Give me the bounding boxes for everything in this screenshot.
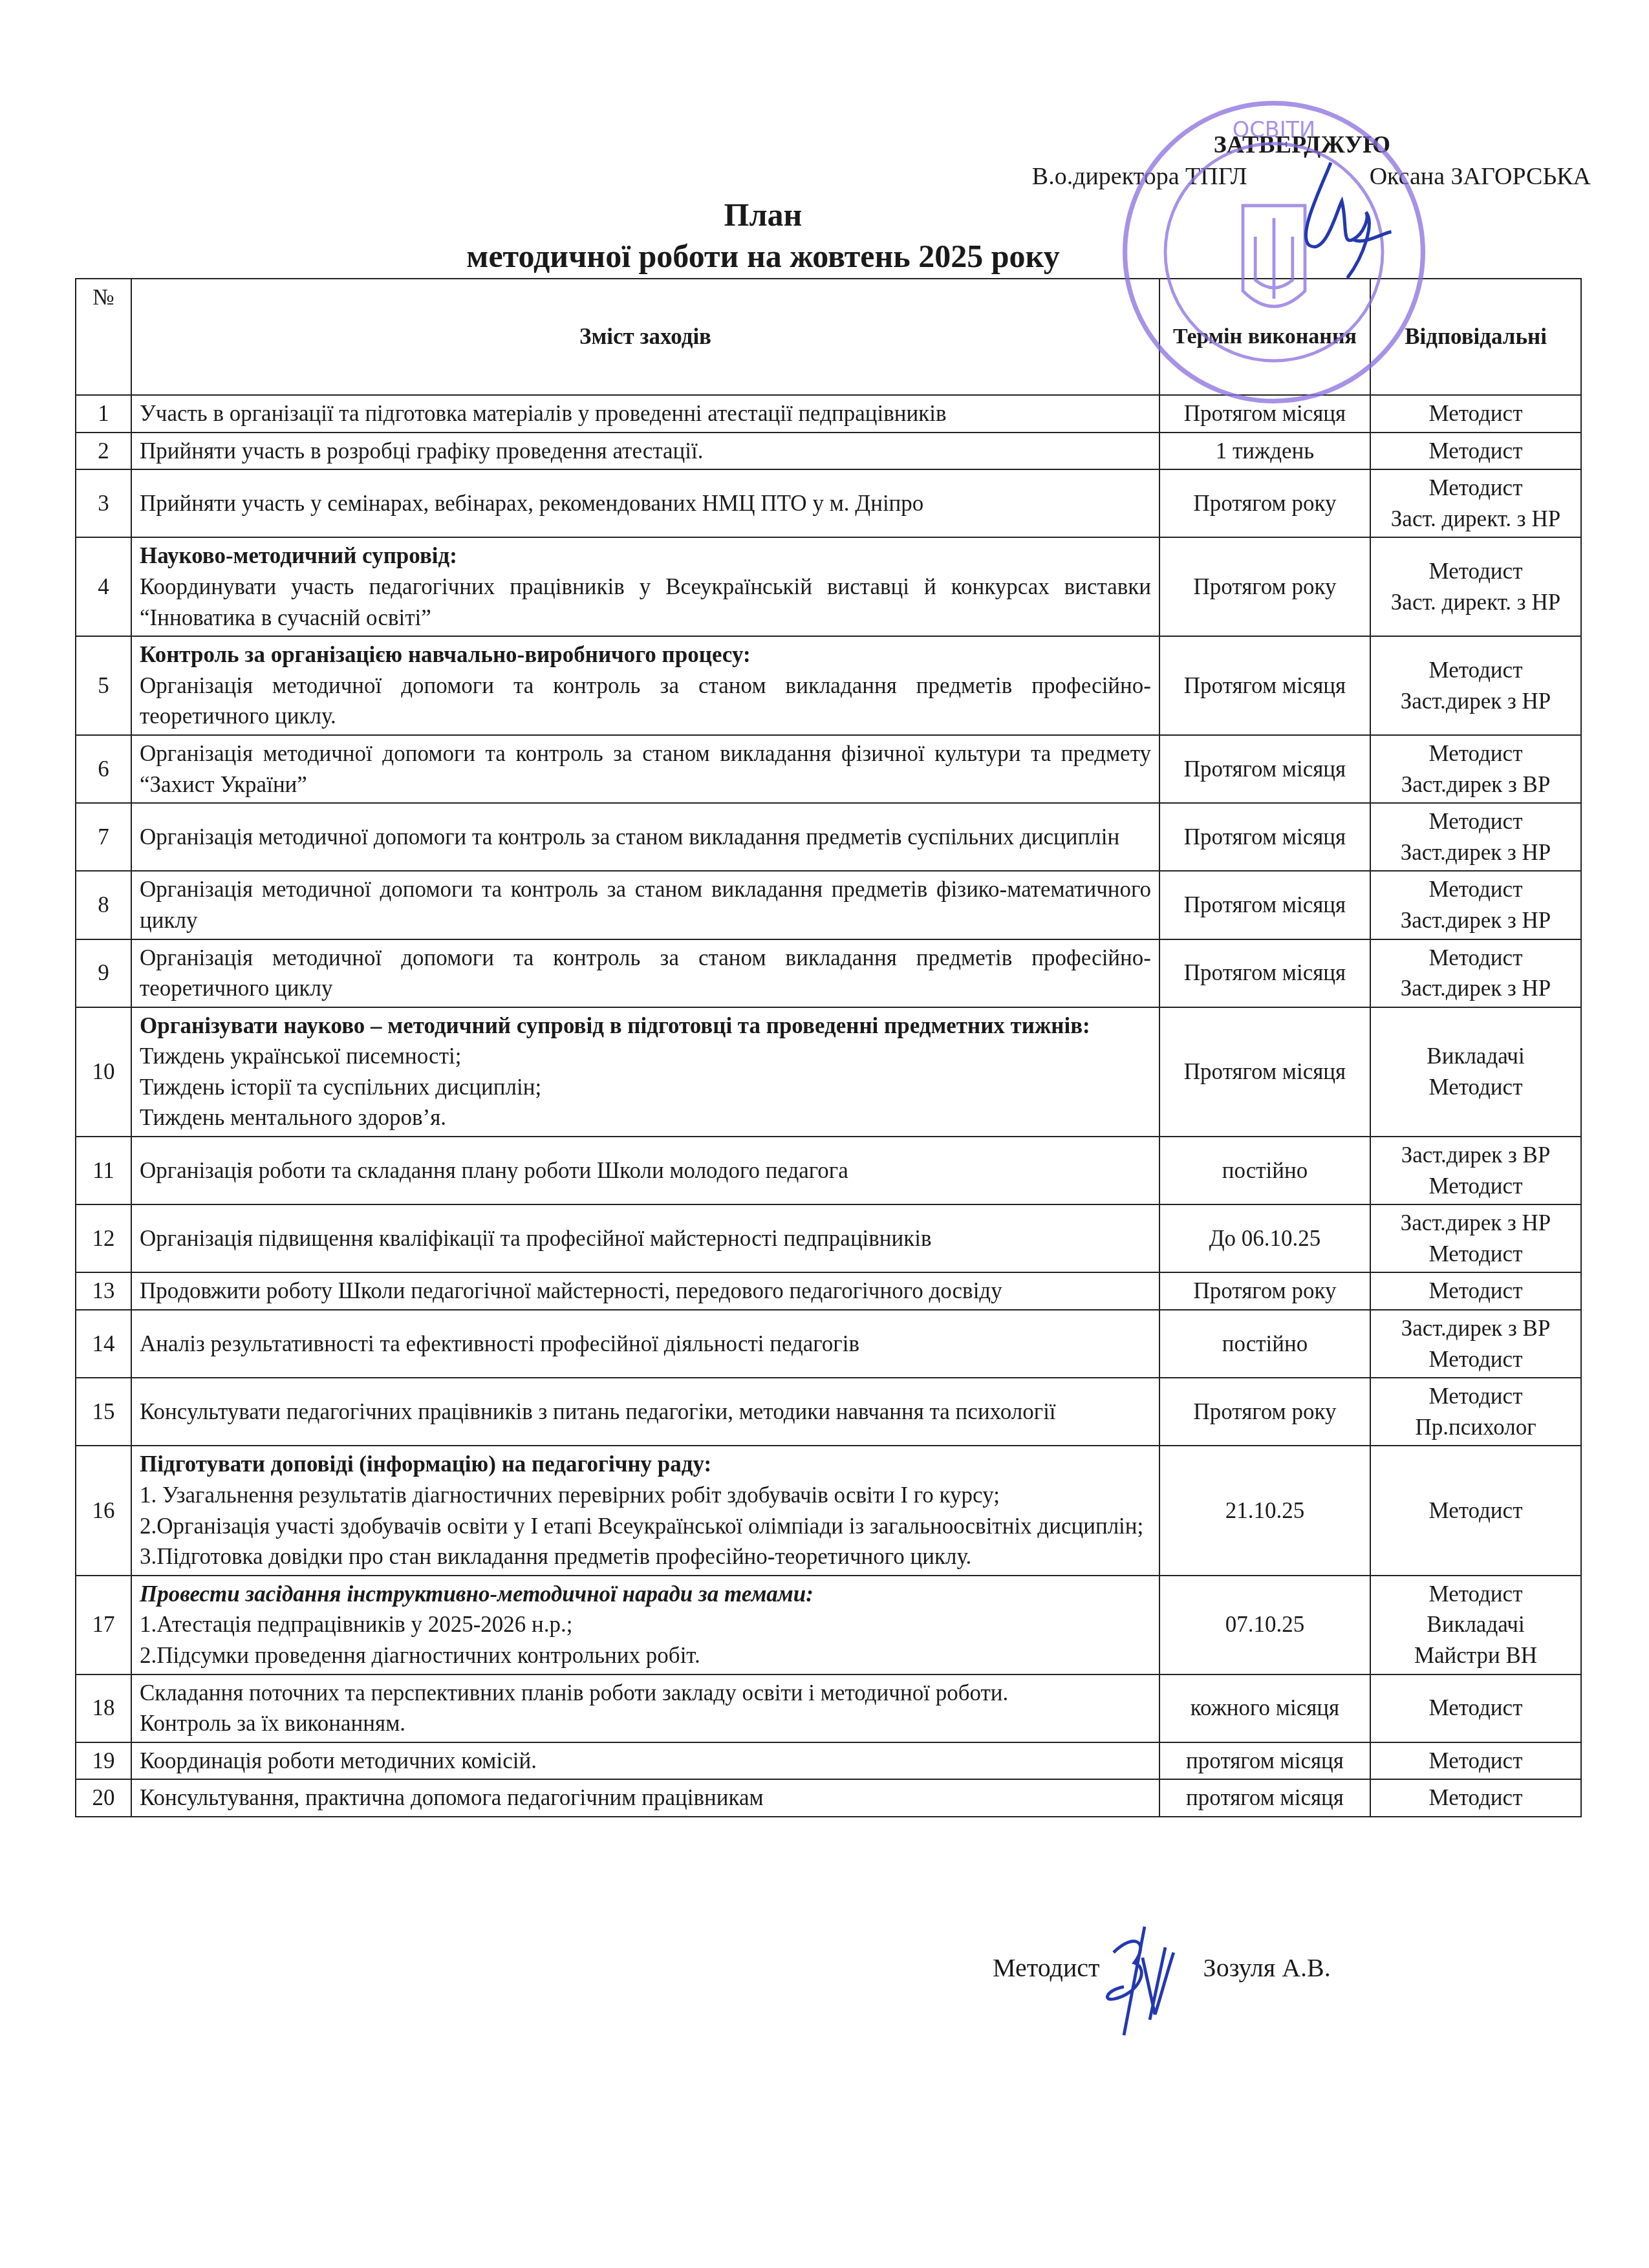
row-content: Консультування, практична допомога педаг… [131, 1779, 1159, 1817]
row-responsible: МетодистЗаст.дирек з ВР [1370, 735, 1581, 803]
table-body: 1Участь в організації та підготовка мате… [76, 395, 1581, 1817]
responsible-person: Методист [1379, 655, 1573, 686]
row-number: 8 [76, 871, 131, 939]
responsible-person: Методист [1379, 1276, 1573, 1307]
row-term: Протягом місяця [1159, 803, 1370, 871]
row-responsible: Методист [1370, 1742, 1581, 1780]
responsible-person: Методист [1379, 1239, 1573, 1270]
row-text-line: Консультувати педагогічних працівників з… [140, 1396, 1151, 1428]
approval-block: ЗАТВЕРДЖУЮ В.о.директора ТПГЛ Оксана ЗАГ… [1032, 129, 1591, 193]
row-number: 11 [76, 1137, 131, 1204]
row-number: 17 [76, 1576, 131, 1674]
row-text-line: 2.Підсумки проведення діагностичних конт… [140, 1640, 1151, 1671]
row-number: 13 [76, 1272, 131, 1310]
table-row: 19Координація роботи методичних комісій.… [76, 1742, 1581, 1780]
responsible-person: Методист [1379, 1579, 1573, 1610]
row-content: Провести засідання інструктивно-методичн… [131, 1576, 1159, 1674]
row-term: Протягом місяця [1159, 735, 1370, 803]
row-text-line: Організація роботи та складання плану ро… [140, 1155, 1151, 1186]
row-text-line: Прийняти участь у семінарах, вебінарах, … [140, 488, 1151, 519]
row-responsible: Методист [1370, 1272, 1581, 1310]
row-term: постійно [1159, 1310, 1370, 1378]
table-row: 17Провести засідання інструктивно-методи… [76, 1576, 1581, 1674]
responsible-person: Пр.психолог [1379, 1412, 1573, 1443]
approver-name: Оксана ЗАГОРСЬКА [1370, 161, 1591, 193]
row-text-line: Аналіз результативності та ефективності … [140, 1329, 1151, 1360]
table-row: 2Прийняти участь в розробці графіку пров… [76, 433, 1581, 470]
responsible-person: Заст.дирек з ВР [1379, 1140, 1573, 1171]
responsible-person: Методист [1379, 398, 1573, 429]
row-text-line: Участь в організації та підготовка матер… [140, 398, 1151, 429]
row-content: Консультувати педагогічних працівників з… [131, 1378, 1159, 1446]
row-term: Протягом місяця [1159, 871, 1370, 939]
row-term: До 06.10.25 [1159, 1204, 1370, 1272]
row-text-line: Координація роботи методичних комісій. [140, 1746, 1151, 1777]
row-content: Організація методичної допомоги та контр… [131, 871, 1159, 939]
row-text-line: Організація методичної допомоги та контр… [140, 874, 1151, 936]
footer-position: Методист [993, 1953, 1100, 1982]
table-row: 18Складання поточних та перспективних пл… [76, 1674, 1581, 1742]
approver-position: В.о.директора ТПГЛ [1032, 161, 1247, 193]
row-number: 6 [76, 735, 131, 803]
row-number: 20 [76, 1779, 131, 1817]
row-text-line: Прийняти участь в розробці графіку прове… [140, 436, 1151, 467]
table-row: 3Прийняти участь у семінарах, вебінарах,… [76, 469, 1581, 537]
row-term: кожного місяця [1159, 1674, 1370, 1742]
row-text-line: Організація методичної допомоги та контр… [140, 943, 1151, 1004]
row-content: Організація методичної допомоги та контр… [131, 939, 1159, 1007]
row-content: Прийняти участь в розробці графіку прове… [131, 433, 1159, 470]
row-text-line: Продовжити роботу Школи педагогічної май… [140, 1276, 1151, 1307]
row-content: Організація методичної допомоги та контр… [131, 735, 1159, 803]
header-content: Зміст заходів [131, 279, 1159, 395]
row-responsible: МетодистПр.психолог [1370, 1378, 1581, 1446]
table-row: 13Продовжити роботу Школи педагогічної м… [76, 1272, 1581, 1310]
row-number: 10 [76, 1007, 131, 1137]
row-heading: Контроль за організацією навчально-вироб… [140, 639, 1151, 670]
row-responsible: МетодистВикладачіМайстри ВН [1370, 1576, 1581, 1674]
row-responsible: МетодистЗаст. директ. з НР [1370, 469, 1581, 537]
table-row: 4Науково-методичний супровід:Координуват… [76, 537, 1581, 636]
responsible-person: Заст.дирек з ВР [1379, 769, 1573, 800]
responsible-person: Методист [1379, 1746, 1573, 1777]
row-text-line: Складання поточних та перспективних план… [140, 1678, 1151, 1709]
document-title: План методичної роботи на жовтень 2025 р… [0, 194, 1526, 277]
row-responsible: МетодистЗаст.дирек з НР [1370, 636, 1581, 735]
responsible-person: Заст.дирек з НР [1379, 905, 1573, 936]
row-heading: Науково-методичний супровід: [140, 540, 1151, 572]
table-row: 6Організація методичної допомоги та конт… [76, 735, 1581, 803]
row-term: Протягом місяця [1159, 636, 1370, 735]
row-heading: Підготувати доповіді (інформацію) на пед… [140, 1449, 1151, 1480]
row-responsible: ВикладачіМетодист [1370, 1007, 1581, 1137]
table-row: 16Підготувати доповіді (інформацію) на п… [76, 1446, 1581, 1575]
row-number: 19 [76, 1742, 131, 1780]
responsible-person: Методист [1379, 806, 1573, 837]
row-term: постійно [1159, 1137, 1370, 1204]
row-text-line: Координувати участь педагогічних працівн… [140, 572, 1151, 633]
row-heading: Організувати науково – методичний супров… [140, 1011, 1151, 1042]
row-responsible: Заст.дирек з ВРМетодист [1370, 1137, 1581, 1204]
table-row: 8Організація методичної допомоги та конт… [76, 871, 1581, 939]
row-term: Протягом місяця [1159, 939, 1370, 1007]
header-responsible: Відповідальні [1370, 279, 1581, 395]
row-text-line: 1. Узагальнення результатів діагностични… [140, 1480, 1151, 1511]
responsible-person: Викладачі [1379, 1041, 1573, 1072]
title-line-2: методичної роботи на жовтень 2025 року [0, 235, 1526, 277]
row-term: 07.10.25 [1159, 1576, 1370, 1674]
responsible-person: Заст.дирек з НР [1379, 973, 1573, 1004]
responsible-person: Заст. директ. з НР [1379, 504, 1573, 535]
row-number: 12 [76, 1204, 131, 1272]
responsible-person: Викладачі [1379, 1609, 1573, 1640]
responsible-person: Заст. директ. з НР [1379, 587, 1573, 618]
table-row: 7Організація методичної допомоги та конт… [76, 803, 1581, 871]
responsible-person: Методист [1379, 1344, 1573, 1375]
row-text-line: 1.Атестація педпрацівників у 2025-2026 н… [140, 1609, 1151, 1640]
row-text-line: Організація методичної допомоги та контр… [140, 822, 1151, 853]
row-text-line: Консультування, практична допомога педаг… [140, 1782, 1151, 1813]
responsible-person: Заст.дирек з НР [1379, 686, 1573, 717]
responsible-person: Методист [1379, 436, 1573, 467]
footer-name: Зозуля А.В. [1203, 1953, 1331, 1982]
row-text-line: Контроль за їх виконанням. [140, 1708, 1151, 1739]
row-responsible: Методист [1370, 395, 1581, 433]
row-term: Протягом місяця [1159, 1007, 1370, 1137]
row-responsible: МетодистЗаст.дирек з НР [1370, 871, 1581, 939]
row-content: Координація роботи методичних комісій. [131, 1742, 1159, 1780]
row-responsible: МетодистЗаст.дирек з НР [1370, 803, 1581, 871]
table-header-row: № Зміст заходів Термін виконання Відпові… [76, 279, 1581, 395]
row-content: Підготувати доповіді (інформацію) на пед… [131, 1446, 1159, 1575]
row-content: Складання поточних та перспективних план… [131, 1674, 1159, 1742]
responsible-person: Методист [1379, 1381, 1573, 1412]
row-text-line: Тиждень української писемності; [140, 1041, 1151, 1072]
responsible-person: Методист [1379, 1495, 1573, 1526]
row-responsible: Заст.дирек з НРМетодист [1370, 1204, 1581, 1272]
responsible-person: Заст.дирек з ВР [1379, 1313, 1573, 1344]
row-text-line: Організація підвищення кваліфікації та п… [140, 1223, 1151, 1254]
row-text-line: Тиждень ментального здоров’я. [140, 1102, 1151, 1133]
table-row: 9Організація методичної допомоги та конт… [76, 939, 1581, 1007]
row-text-line: Організація методичної допомоги та контр… [140, 738, 1151, 800]
table-row: 14Аналіз результативності та ефективност… [76, 1310, 1581, 1378]
row-term: Протягом року [1159, 1272, 1370, 1310]
row-responsible: Заст.дирек з ВРМетодист [1370, 1310, 1581, 1378]
row-number: 7 [76, 803, 131, 871]
row-content: Продовжити роботу Школи педагогічної май… [131, 1272, 1159, 1310]
table-row: 15Консультувати педагогічних працівників… [76, 1378, 1581, 1446]
row-term: Протягом року [1159, 1378, 1370, 1446]
responsible-person: Заст.дирек з НР [1379, 837, 1573, 868]
row-text-line: Тиждень історії та суспільних дисциплін; [140, 1072, 1151, 1103]
header-term: Термін виконання [1159, 279, 1370, 395]
responsible-person: Методист [1379, 473, 1573, 504]
row-number: 4 [76, 537, 131, 636]
row-term: протягом місяця [1159, 1742, 1370, 1780]
responsible-person: Методист [1379, 874, 1573, 905]
row-content: Контроль за організацією навчально-вироб… [131, 636, 1159, 735]
row-number: 15 [76, 1378, 131, 1446]
row-content: Організація підвищення кваліфікації та п… [131, 1204, 1159, 1272]
responsible-person: Методист [1379, 1782, 1573, 1813]
table-row: 1Участь в організації та підготовка мате… [76, 395, 1581, 433]
table-row: 12Організація підвищення кваліфікації та… [76, 1204, 1581, 1272]
row-number: 18 [76, 1674, 131, 1742]
row-text-line: 2.Організація участі здобувачів освіти у… [140, 1511, 1151, 1542]
title-line-1: План [0, 194, 1526, 235]
row-number: 5 [76, 636, 131, 735]
row-responsible: Методист [1370, 433, 1581, 470]
responsible-person: Заст.дирек з НР [1379, 1208, 1573, 1239]
row-term: Протягом року [1159, 537, 1370, 636]
row-responsible: МетодистЗаст.дирек з НР [1370, 939, 1581, 1007]
row-term: Протягом року [1159, 469, 1370, 537]
row-number: 2 [76, 433, 131, 470]
approver-line: В.о.директора ТПГЛ Оксана ЗАГОРСЬКА [1032, 161, 1591, 193]
responsible-person: Методист [1379, 556, 1573, 587]
row-number: 16 [76, 1446, 131, 1575]
row-content: Організація роботи та складання плану ро… [131, 1137, 1159, 1204]
row-number: 14 [76, 1310, 131, 1378]
row-content: Аналіз результативності та ефективності … [131, 1310, 1159, 1378]
footer-signature-line: Методист Зозуля А.В. [993, 1952, 1331, 1983]
plan-table: № Зміст заходів Термін виконання Відпові… [75, 278, 1582, 1817]
row-content: Участь в організації та підготовка матер… [131, 395, 1159, 433]
approve-heading: ЗАТВЕРДЖУЮ [1032, 129, 1591, 161]
table-row: 5Контроль за організацією навчально-виро… [76, 636, 1581, 735]
row-term: протягом місяця [1159, 1779, 1370, 1817]
row-content: Організувати науково – методичний супров… [131, 1007, 1159, 1137]
row-responsible: Методист [1370, 1674, 1581, 1742]
row-heading: Провести засідання інструктивно-методичн… [140, 1579, 1151, 1610]
row-responsible: Методист [1370, 1446, 1581, 1575]
row-number: 3 [76, 469, 131, 537]
row-content: Прийняти участь у семінарах, вебінарах, … [131, 469, 1159, 537]
row-content: Науково-методичний супровід:Координувати… [131, 537, 1159, 636]
row-responsible: Методист [1370, 1779, 1581, 1817]
responsible-person: Методист [1379, 1072, 1573, 1103]
table-row: 10Організувати науково – методичний супр… [76, 1007, 1581, 1137]
responsible-person: Методист [1379, 1171, 1573, 1202]
responsible-person: Методист [1379, 738, 1573, 769]
table-row: 11Організація роботи та складання плану … [76, 1137, 1581, 1204]
table-row: 20Консультування, практична допомога пед… [76, 1779, 1581, 1817]
responsible-person: Майстри ВН [1379, 1640, 1573, 1671]
row-term: 21.10.25 [1159, 1446, 1370, 1575]
responsible-person: Методист [1379, 943, 1573, 974]
row-term: Протягом місяця [1159, 395, 1370, 433]
row-responsible: МетодистЗаст. директ. з НР [1370, 537, 1581, 636]
row-content: Організація методичної допомоги та контр… [131, 803, 1159, 871]
header-number: № [76, 279, 131, 395]
responsible-person: Методист [1379, 1693, 1573, 1724]
row-text-line: Організація методичної допомоги та контр… [140, 670, 1151, 732]
row-number: 9 [76, 939, 131, 1007]
row-term: 1 тиждень [1159, 433, 1370, 470]
row-number: 1 [76, 395, 131, 433]
row-text-line: 3.Підготовка довідки про стан викладання… [140, 1541, 1151, 1572]
